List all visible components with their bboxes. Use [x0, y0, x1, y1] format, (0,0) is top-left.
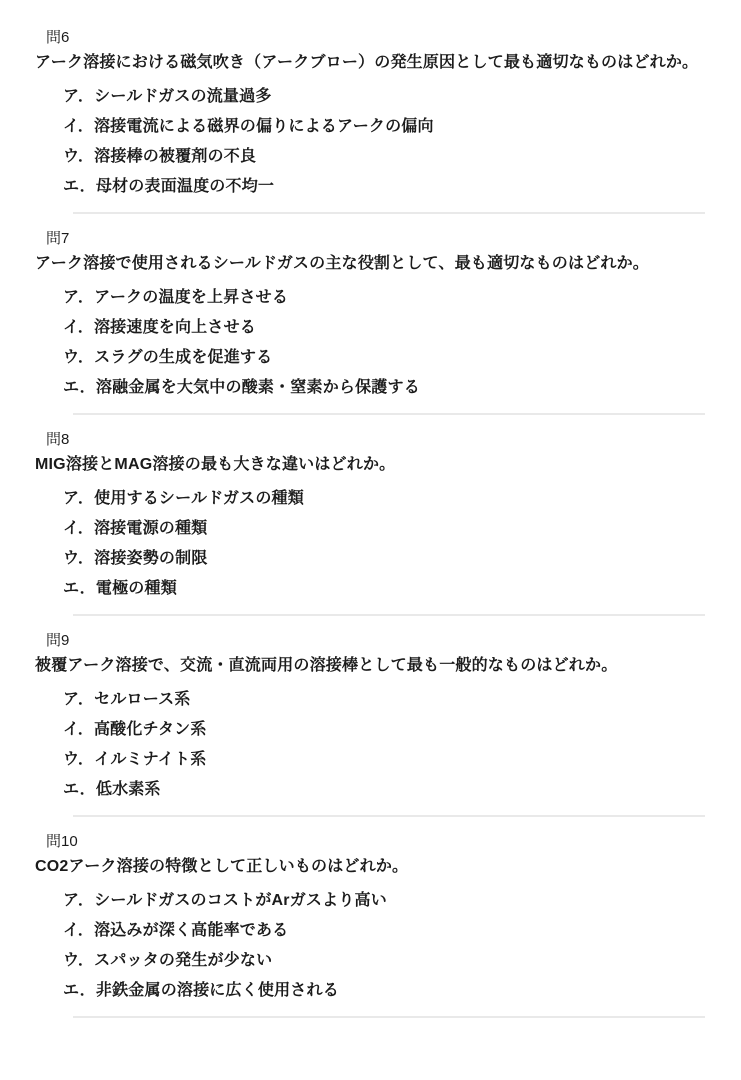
answer-option: エ． 非鉄金属の溶接に広く使用される	[63, 982, 741, 999]
answer-option: イ． 溶込みが深く高能率である	[63, 922, 741, 939]
answer-option: ウ． スパッタの発生が少ない	[63, 952, 741, 969]
option-label: エ．	[63, 580, 96, 597]
option-label: ウ．	[63, 349, 94, 366]
option-text: 使用するシールドガスの種類	[94, 490, 304, 507]
option-text: 溶接電流による磁界の偏りによるアークの偏向	[94, 118, 434, 135]
answer-option: エ． 電極の種類	[63, 580, 741, 597]
question-block: 問7 アーク溶接で使用されるシールドガスの主な役割として、最も適切なものはどれか…	[0, 229, 741, 415]
section-divider	[73, 815, 705, 817]
option-text: イルミナイト系	[94, 751, 206, 768]
option-label: ウ．	[63, 952, 94, 969]
option-text: 母材の表面温度の不均一	[96, 178, 274, 195]
option-label: ア．	[63, 691, 94, 708]
option-text: 溶接電源の種類	[94, 520, 207, 537]
answer-option: イ． 高酸化チタン系	[63, 721, 741, 738]
option-label: ア．	[63, 892, 94, 909]
answer-option: ア． シールドガスのコストがArガスより高い	[63, 892, 741, 909]
question-block: 問9 被覆アーク溶接で、交流・直流両用の溶接棒として最も一般的なものはどれか。 …	[0, 631, 741, 817]
option-text: シールドガスの流量過多	[94, 88, 271, 105]
option-text: 非鉄金属の溶接に広く使用される	[96, 982, 339, 999]
options-list: ア． シールドガスのコストがArガスより高い イ． 溶込みが深く高能率である ウ…	[0, 892, 741, 999]
option-text: スラグの生成を促進する	[94, 349, 272, 366]
option-label: ア．	[63, 490, 94, 507]
answer-option: ウ． イルミナイト系	[63, 751, 741, 768]
exam-page: 問6 アーク溶接における磁気吹き（アークブロー）の発生原因として最も適切なものは…	[0, 0, 741, 1080]
question-text: MIG溶接とMAG溶接の最も大きな違いはどれか。	[35, 455, 741, 475]
question-number: 問9	[46, 631, 741, 651]
question-number: 問10	[46, 832, 741, 852]
question-text: アーク溶接で使用されるシールドガスの主な役割として、最も適切なものはどれか。	[35, 254, 741, 274]
option-text: アークの温度を上昇させる	[94, 289, 288, 306]
answer-option: ア． アークの温度を上昇させる	[63, 289, 741, 306]
question-text: 被覆アーク溶接で、交流・直流両用の溶接棒として最も一般的なものはどれか。	[35, 656, 741, 676]
question-number: 問7	[46, 229, 741, 249]
question-text: CO2アーク溶接の特徴として正しいものはどれか。	[35, 857, 741, 877]
question-block: 問6 アーク溶接における磁気吹き（アークブロー）の発生原因として最も適切なものは…	[0, 28, 741, 214]
options-list: ア． アークの温度を上昇させる イ． 溶接速度を向上させる ウ． スラグの生成を…	[0, 289, 741, 396]
answer-option: ア． セルロース系	[63, 691, 741, 708]
answer-option: エ． 母材の表面温度の不均一	[63, 178, 741, 195]
option-label: ウ．	[63, 148, 94, 165]
option-text: 溶接棒の被覆剤の不良	[94, 148, 256, 165]
option-label: イ．	[63, 118, 94, 135]
question-block: 問10 CO2アーク溶接の特徴として正しいものはどれか。 ア． シールドガスのコ…	[0, 832, 741, 1018]
section-divider	[73, 212, 705, 214]
answer-option: イ． 溶接電源の種類	[63, 520, 741, 537]
question-number: 問8	[46, 430, 741, 450]
section-divider	[73, 413, 705, 415]
option-text: シールドガスのコストがArガスより高い	[94, 892, 387, 909]
option-text: 高酸化チタン系	[94, 721, 207, 738]
option-label: ウ．	[63, 550, 94, 567]
option-text: 溶接姿勢の制限	[94, 550, 207, 567]
option-label: エ．	[63, 982, 96, 999]
option-text: 溶接速度を向上させる	[94, 319, 256, 336]
answer-option: ウ． スラグの生成を促進する	[63, 349, 741, 366]
question-number: 問6	[46, 28, 741, 48]
option-label: イ．	[63, 520, 94, 537]
answer-option: エ． 溶融金属を大気中の酸素・窒素から保護する	[63, 379, 741, 396]
option-label: ウ．	[63, 751, 94, 768]
option-label: イ．	[63, 721, 94, 738]
answer-option: ア． シールドガスの流量過多	[63, 88, 741, 105]
answer-option: ウ． 溶接姿勢の制限	[63, 550, 741, 567]
option-label: イ．	[63, 922, 94, 939]
option-label: エ．	[63, 781, 96, 798]
section-divider	[73, 1016, 705, 1018]
option-text: 溶融金属を大気中の酸素・窒素から保護する	[96, 379, 420, 396]
options-list: ア． シールドガスの流量過多 イ． 溶接電流による磁界の偏りによるアークの偏向 …	[0, 88, 741, 195]
option-text: セルロース系	[94, 691, 190, 708]
option-label: ア．	[63, 289, 94, 306]
question-block: 問8 MIG溶接とMAG溶接の最も大きな違いはどれか。 ア． 使用するシールドガ…	[0, 430, 741, 616]
option-text: 電極の種類	[96, 580, 177, 597]
options-list: ア． セルロース系 イ． 高酸化チタン系 ウ． イルミナイト系 エ． 低水素系	[0, 691, 741, 798]
question-list: 問6 アーク溶接における磁気吹き（アークブロー）の発生原因として最も適切なものは…	[0, 28, 741, 1018]
option-text: 低水素系	[96, 781, 161, 798]
option-text: 溶込みが深く高能率である	[94, 922, 288, 939]
answer-option: イ． 溶接電流による磁界の偏りによるアークの偏向	[63, 118, 741, 135]
option-label: エ．	[63, 379, 96, 396]
section-divider	[73, 614, 705, 616]
option-label: イ．	[63, 319, 94, 336]
answer-option: ウ． 溶接棒の被覆剤の不良	[63, 148, 741, 165]
question-text: アーク溶接における磁気吹き（アークブロー）の発生原因として最も適切なものはどれか…	[35, 53, 741, 73]
option-text: スパッタの発生が少ない	[94, 952, 272, 969]
options-list: ア． 使用するシールドガスの種類 イ． 溶接電源の種類 ウ． 溶接姿勢の制限 エ…	[0, 490, 741, 597]
option-label: エ．	[63, 178, 96, 195]
option-label: ア．	[63, 88, 94, 105]
answer-option: ア． 使用するシールドガスの種類	[63, 490, 741, 507]
answer-option: エ． 低水素系	[63, 781, 741, 798]
answer-option: イ． 溶接速度を向上させる	[63, 319, 741, 336]
